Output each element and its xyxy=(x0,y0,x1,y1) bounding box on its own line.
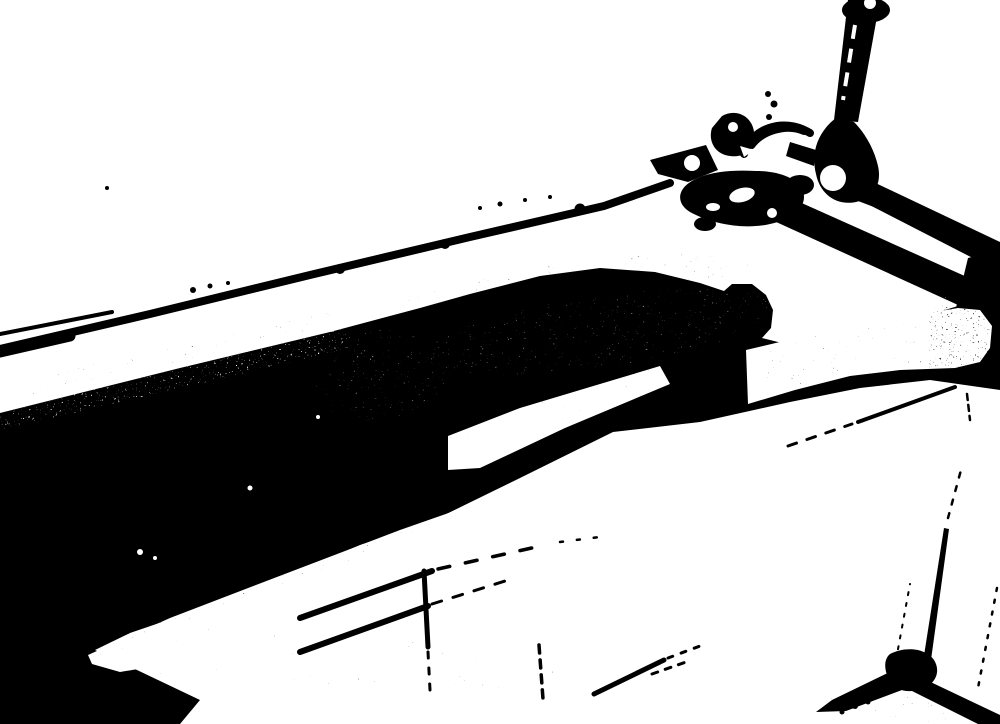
faucet-body-hole-2 xyxy=(706,203,720,211)
handle-hole xyxy=(728,122,738,132)
faucet-bridge-blob xyxy=(786,175,814,195)
valve-hole xyxy=(820,165,846,191)
bathtub-photo xyxy=(0,0,1000,724)
faucet-lower-blob xyxy=(694,217,716,231)
bathtub-photo-svg xyxy=(0,0,1000,724)
faucet-body-hole-3 xyxy=(767,208,777,218)
spout-left-hole xyxy=(684,155,700,171)
